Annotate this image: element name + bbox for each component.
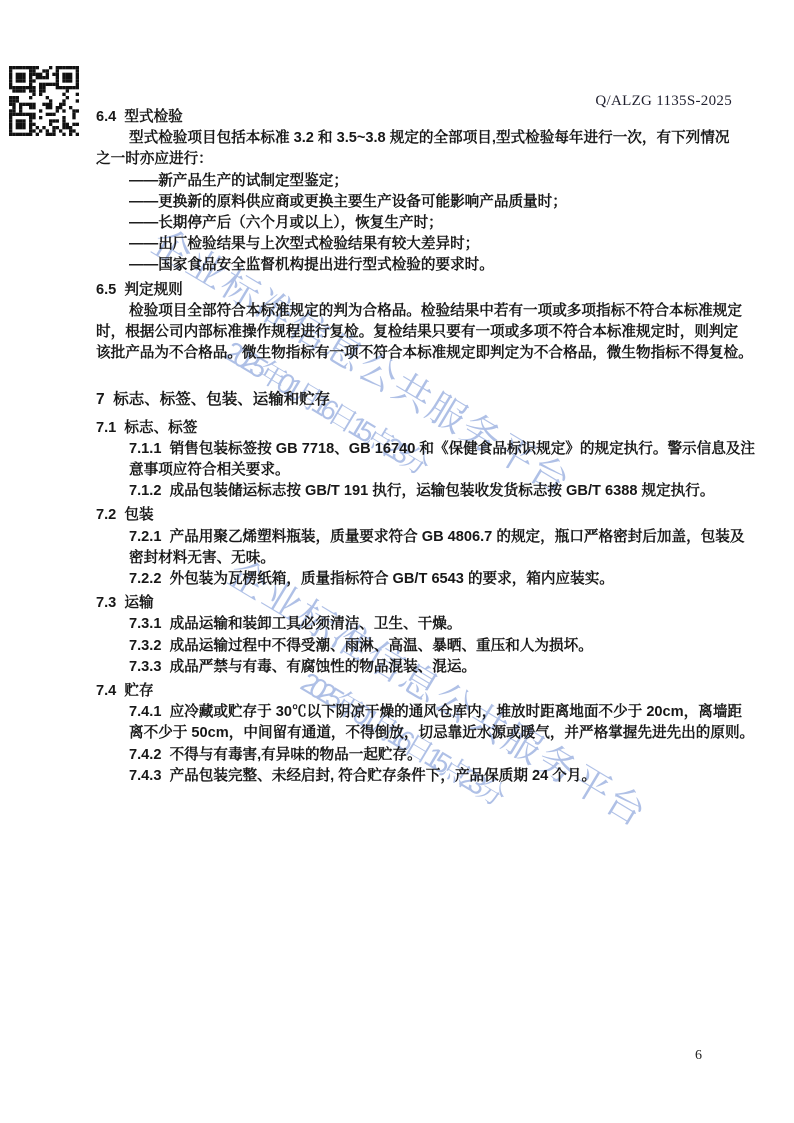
heading-7: 7 标志、标签、包装、运输和贮存 bbox=[96, 389, 744, 410]
clause-7-1-1-line-1: 7.1.1 销售包装标签按 GB 7718、GB 16740 和《保健食品标识规… bbox=[96, 439, 744, 460]
clause-7-4-3: 7.4.3 产品包装完整、未经启封, 符合贮存条件下，产品保质期 24 个月。 bbox=[96, 766, 744, 787]
clause-7-1-1-line-2: 意事项应符合相关要求。 bbox=[96, 460, 744, 481]
dash-item-1: ——新产品生产的试制定型鉴定； bbox=[96, 171, 744, 192]
page-number: 6 bbox=[695, 1048, 702, 1064]
para-6-5-line-1: 检验项目全部符合本标准规定的判为合格品。检验结果中若有一项或多项指标不符合本标准… bbox=[96, 301, 744, 322]
heading-7-3: 7.3 运输 bbox=[96, 593, 744, 614]
heading-7-2: 7.2 包装 bbox=[96, 505, 744, 526]
para-6-4-line-2: 之一时亦应进行： bbox=[96, 149, 744, 170]
heading-7-4: 7.4 贮存 bbox=[96, 681, 744, 702]
clause-7-2-1-line-2: 密封材料无害、无味。 bbox=[96, 548, 744, 569]
clause-7-4-1-line-2: 离不少于 50cm，中间留有通道，不得倒放，切忌靠近水源或暖气，并严格掌握先进先… bbox=[96, 723, 744, 744]
para-6-5-line-3: 该批产品为不合格品。微生物指标有一项不符合本标准规定即判定为不合格品，微生物指标… bbox=[96, 343, 744, 364]
clause-7-3-2: 7.3.2 成品运输过程中不得受潮、雨淋、高温、暴晒、重压和人为损坏。 bbox=[96, 636, 744, 657]
clause-7-3-1: 7.3.1 成品运输和装卸工具必须清洁、卫生、干燥。 bbox=[96, 614, 744, 635]
document-page: 企业标准信息公共服务平台 2025年01月16日 15点23分 企业标准信息公共… bbox=[0, 0, 794, 1123]
clause-7-2-1-line-1: 7.2.1 产品用聚乙烯塑料瓶装，质量要求符合 GB 4806.7 的规定，瓶口… bbox=[96, 527, 744, 548]
document-body: 6.4 型式检验 型式检验项目包括本标准 3.2 和 3.5~3.8 规定的全部… bbox=[96, 104, 744, 787]
dash-item-2: ——更换新的原料供应商或更换主要生产设备可能影响产品质量时； bbox=[96, 192, 744, 213]
para-6-5-line-2: 时，根据公司内部标准操作规程进行复检。复检结果只要有一项或多项不符合本标准规定时… bbox=[96, 322, 744, 343]
dash-item-3: ——长期停产后（六个月或以上），恢复生产时； bbox=[96, 213, 744, 234]
dash-item-4: ——出厂检验结果与上次型式检验结果有较大差异时； bbox=[96, 234, 744, 255]
heading-6-5: 6.5 判定规则 bbox=[96, 280, 744, 301]
clause-7-4-2: 7.4.2 不得与有毒害,有异味的物品一起贮存。 bbox=[96, 745, 744, 766]
heading-7-1: 7.1 标志、标签 bbox=[96, 418, 744, 439]
dash-item-5: ——国家食品安全监督机构提出进行型式检验的要求时。 bbox=[96, 255, 744, 276]
qr-code-icon bbox=[9, 66, 79, 136]
para-6-4-line-1: 型式检验项目包括本标准 3.2 和 3.5~3.8 规定的全部项目,型式检验每年… bbox=[96, 128, 744, 149]
clause-7-1-2: 7.1.2 成品包装储运标志按 GB/T 191 执行，运输包装收发货标志按 G… bbox=[96, 481, 744, 502]
clause-7-3-3: 7.3.3 成品严禁与有毒、有腐蚀性的物品混装、混运。 bbox=[96, 657, 744, 678]
heading-6-4: 6.4 型式检验 bbox=[96, 107, 744, 128]
clause-7-4-1-line-1: 7.4.1 应冷藏或贮存于 30℃以下阴凉干燥的通风仓库内，堆放时距离地面不少于… bbox=[96, 702, 744, 723]
clause-7-2-2: 7.2.2 外包装为瓦楞纸箱，质量指标符合 GB/T 6543 的要求，箱内应装… bbox=[96, 569, 744, 590]
